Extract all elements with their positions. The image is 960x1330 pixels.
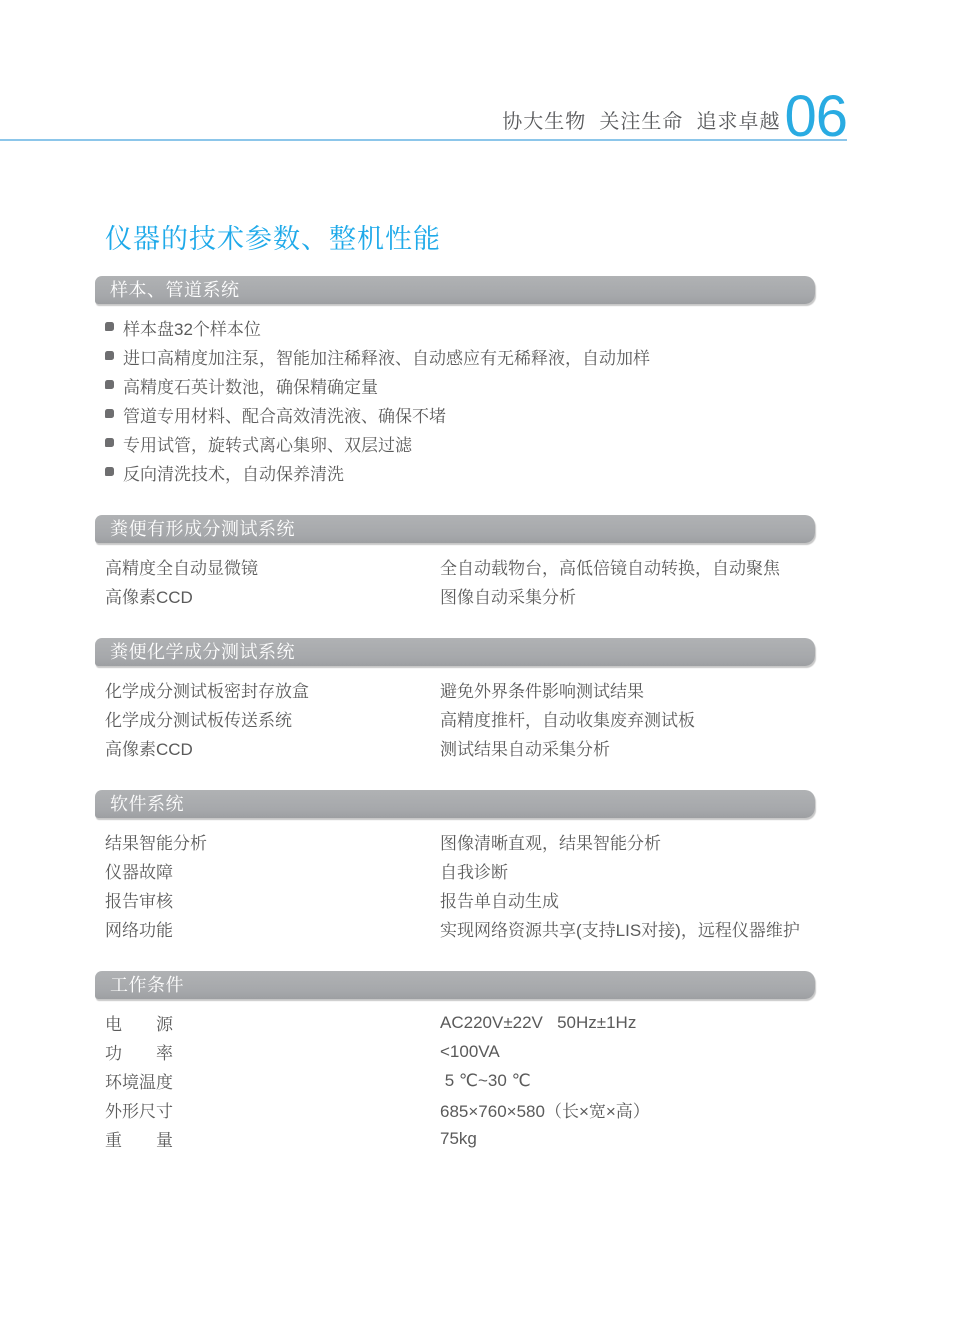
spec-row: 功 率 <100VA <box>105 1037 815 1066</box>
header-brand-block: 协大生物 关注生命 追求卓越 06 <box>502 93 847 141</box>
list-item: 专用试管，旋转式离心集卵、双层过滤 <box>105 429 815 458</box>
spec-value: 图像清晰直观，结果智能分析 <box>440 829 815 854</box>
spec-row: 结果智能分析 图像清晰直观，结果智能分析 <box>105 827 815 856</box>
bullet-text: 反向清洗技术，自动保养清洗 <box>123 460 344 485</box>
spec-value: 685×760×580（长×宽×高） <box>440 1097 815 1122</box>
spec-row: 高像素CCD 测试结果自动采集分析 <box>105 733 815 762</box>
list-item: 进口高精度加注泵，智能加注稀释液、自动感应有无稀释液，自动加样 <box>105 342 815 371</box>
spec-name: 报告审核 <box>105 887 440 912</box>
spec-value: 高精度推杆，自动收集废弃测试板 <box>440 706 815 731</box>
spec-row: 电 源 AC220V±22V 50Hz±1Hz <box>105 1008 815 1037</box>
spec-value: 避免外界条件影响测试结果 <box>440 677 815 702</box>
section-sample-pipeline: 样本、管道系统 样本盘32个样本位 进口高精度加注泵，智能加注稀释液、自动感应有… <box>95 276 815 487</box>
spec-name: 化学成分测试板传送系统 <box>105 706 440 731</box>
spec-name: 高像素CCD <box>105 583 440 608</box>
bullet-list: 样本盘32个样本位 进口高精度加注泵，智能加注稀释液、自动感应有无稀释液，自动加… <box>105 313 815 487</box>
section-body: 样本盘32个样本位 进口高精度加注泵，智能加注稀释液、自动感应有无稀释液，自动加… <box>95 313 815 487</box>
page-title: 仪器的技术参数、整机性能 <box>105 217 960 256</box>
spec-value: 实现网络资源共享(支持LIS对接)，远程仪器维护 <box>440 916 815 941</box>
bullet-text: 专用试管，旋转式离心集卵、双层过滤 <box>123 431 412 456</box>
bullet-text: 高精度石英计数池，确保精确定量 <box>123 373 378 398</box>
section-body: 结果智能分析 图像清晰直观，结果智能分析 仪器故障 自我诊断 报告审核 报告单自… <box>95 827 815 943</box>
spec-row: 外形尺寸 685×760×580（长×宽×高） <box>105 1095 815 1124</box>
spec-name: 仪器故障 <box>105 858 440 883</box>
spec-name: 高像素CCD <box>105 735 440 760</box>
spec-row: 高精度全自动显微镜 全自动载物台，高低倍镜自动转换，自动聚焦 <box>105 552 815 581</box>
spec-value: <100VA <box>440 1042 815 1062</box>
spec-value: AC220V±22V 50Hz±1Hz <box>440 1013 815 1033</box>
bullet-text: 管道专用材料、配合高效清洗液、确保不堵 <box>123 402 446 427</box>
bullet-square-icon <box>105 438 114 447</box>
list-item: 管道专用材料、配合高效清洗液、确保不堵 <box>105 400 815 429</box>
spec-name: 重 量 <box>105 1126 440 1151</box>
section-body: 化学成分测试板密封存放盒 避免外界条件影响测试结果 化学成分测试板传送系统 高精… <box>95 675 815 762</box>
section-header-working-conditions: 工作条件 <box>95 971 815 999</box>
spec-name: 结果智能分析 <box>105 829 440 854</box>
spec-value: 75kg <box>440 1129 815 1149</box>
page-content: 仪器的技术参数、整机性能 样本、管道系统 样本盘32个样本位 进口高精度加注泵，… <box>0 141 960 1181</box>
bullet-square-icon <box>105 322 114 331</box>
bullet-text: 样本盘32个样本位 <box>123 315 261 340</box>
brand-slogan: 协大生物 关注生命 追求卓越 <box>502 105 780 141</box>
section-working-conditions: 工作条件 电 源 AC220V±22V 50Hz±1Hz 功 率 <100VA … <box>95 971 815 1153</box>
page-header: 协大生物 关注生命 追求卓越 06 <box>0 0 960 141</box>
page-number: 06 <box>784 93 847 141</box>
bullet-square-icon <box>105 467 114 476</box>
spec-value: 全自动载物台，高低倍镜自动转换，自动聚焦 <box>440 554 815 579</box>
list-item: 高精度石英计数池，确保精确定量 <box>105 371 815 400</box>
spec-row: 化学成分测试板传送系统 高精度推杆，自动收集废弃测试板 <box>105 704 815 733</box>
spec-row: 高像素CCD 图像自动采集分析 <box>105 581 815 610</box>
spec-name: 电 源 <box>105 1010 440 1035</box>
section-header-sample-pipeline: 样本、管道系统 <box>95 276 815 304</box>
section-header-formed-component: 粪便有形成分测试系统 <box>95 515 815 543</box>
spec-name: 网络功能 <box>105 916 440 941</box>
bullet-square-icon <box>105 409 114 418</box>
spec-row: 仪器故障 自我诊断 <box>105 856 815 885</box>
spec-name: 功 率 <box>105 1039 440 1064</box>
spec-value: 5 ℃~30 ℃ <box>440 1071 815 1091</box>
section-header-chemical-component: 粪便化学成分测试系统 <box>95 638 815 666</box>
list-item: 反向清洗技术，自动保养清洗 <box>105 458 815 487</box>
spec-name: 外形尺寸 <box>105 1097 440 1122</box>
spec-name: 化学成分测试板密封存放盒 <box>105 677 440 702</box>
bullet-text: 进口高精度加注泵，智能加注稀释液、自动感应有无稀释液，自动加样 <box>123 344 650 369</box>
spec-row: 报告审核 报告单自动生成 <box>105 885 815 914</box>
list-item: 样本盘32个样本位 <box>105 313 815 342</box>
section-software-system: 软件系统 结果智能分析 图像清晰直观，结果智能分析 仪器故障 自我诊断 报告审核… <box>95 790 815 943</box>
spec-row: 重 量 75kg <box>105 1124 815 1153</box>
spec-row: 环境温度 5 ℃~30 ℃ <box>105 1066 815 1095</box>
section-header-software: 软件系统 <box>95 790 815 818</box>
section-chemical-component-system: 粪便化学成分测试系统 化学成分测试板密封存放盒 避免外界条件影响测试结果 化学成… <box>95 638 815 762</box>
section-body: 高精度全自动显微镜 全自动载物台，高低倍镜自动转换，自动聚焦 高像素CCD 图像… <box>95 552 815 610</box>
spec-value: 图像自动采集分析 <box>440 583 815 608</box>
spec-name: 环境温度 <box>105 1068 440 1093</box>
spec-value: 自我诊断 <box>440 858 815 883</box>
spec-name: 高精度全自动显微镜 <box>105 554 440 579</box>
section-body: 电 源 AC220V±22V 50Hz±1Hz 功 率 <100VA 环境温度 … <box>95 1008 815 1153</box>
spec-value: 报告单自动生成 <box>440 887 815 912</box>
spec-row: 化学成分测试板密封存放盒 避免外界条件影响测试结果 <box>105 675 815 704</box>
section-formed-component-system: 粪便有形成分测试系统 高精度全自动显微镜 全自动载物台，高低倍镜自动转换，自动聚… <box>95 515 815 610</box>
bullet-square-icon <box>105 351 114 360</box>
bullet-square-icon <box>105 380 114 389</box>
spec-value: 测试结果自动采集分析 <box>440 735 815 760</box>
spec-row: 网络功能 实现网络资源共享(支持LIS对接)，远程仪器维护 <box>105 914 815 943</box>
